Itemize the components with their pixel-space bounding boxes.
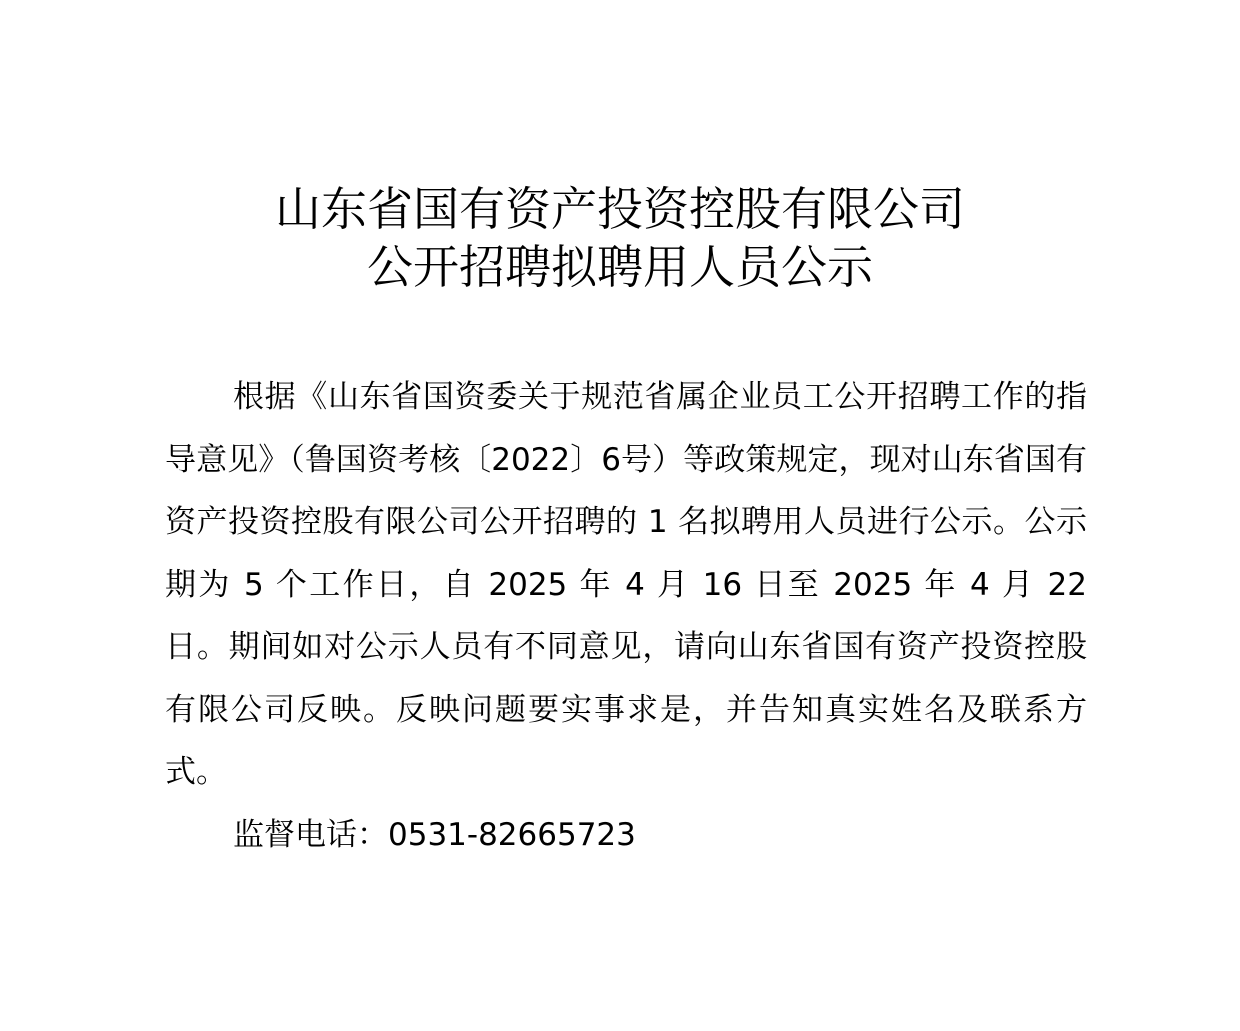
supervision-phone-number: 0531-82665723	[388, 817, 636, 853]
document-body: 根据《山东省国资委关于规范省属企业员工公开招聘工作的指导意见》（鲁国资考核〔20…	[165, 366, 1087, 866]
supervision-phone-label: 监督电话：	[233, 817, 388, 853]
document-title: 山东省国有资产投资控股有限公司 公开招聘拟聘用人员公示	[0, 180, 1240, 296]
announcement-paragraph: 根据《山东省国资委关于规范省属企业员工公开招聘工作的指导意见》（鲁国资考核〔20…	[165, 366, 1087, 804]
title-line-company: 山东省国有资产投资控股有限公司	[0, 180, 1240, 238]
supervision-phone: 监督电话：0531-82665723	[165, 804, 1087, 867]
title-line-subject: 公开招聘拟聘用人员公示	[0, 238, 1240, 296]
